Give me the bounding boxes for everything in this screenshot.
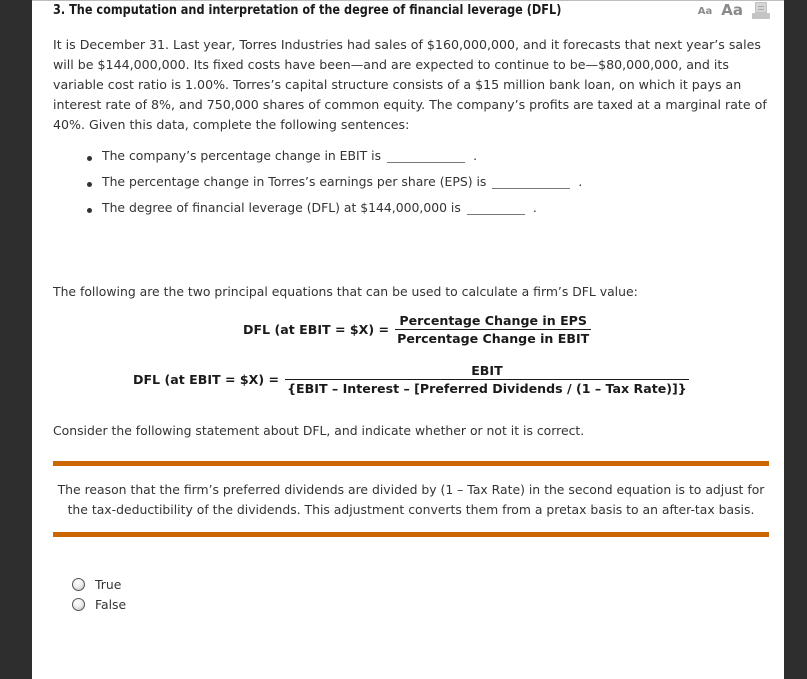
sentence-ebit-change: The company’s percentage change in EBIT … xyxy=(84,148,582,174)
print-icon[interactable] xyxy=(752,2,770,19)
sentence-end: . xyxy=(533,200,537,215)
question-prompt: Consider the following statement about D… xyxy=(53,423,584,438)
equation-fraction: EBIT {EBIT – Interest – [Preferred Divid… xyxy=(285,363,689,396)
increase-font-button[interactable]: Aa xyxy=(721,1,743,19)
top-divider xyxy=(32,0,784,1)
sentence-text: The degree of financial leverage (DFL) a… xyxy=(102,200,461,215)
equation-numerator: Percentage Change in EPS xyxy=(397,313,589,329)
option-label: True xyxy=(95,577,121,592)
option-true[interactable]: True xyxy=(72,574,126,594)
sentence-end: . xyxy=(473,148,477,163)
sentence-end: . xyxy=(578,174,582,189)
statement-bottom-rule xyxy=(53,532,769,537)
dfl-equation-1: DFL (at EBIT = $X) = Percentage Change i… xyxy=(243,313,591,346)
radio-false[interactable] xyxy=(72,598,85,611)
printer-base xyxy=(752,13,770,19)
equation-lhs: DFL (at EBIT = $X) = xyxy=(243,322,389,337)
problem-text: It is December 31. Last year, Torres Ind… xyxy=(53,35,773,135)
dfl-equation-2: DFL (at EBIT = $X) = EBIT {EBIT – Intere… xyxy=(133,363,689,396)
equation-numerator: EBIT xyxy=(469,363,504,379)
sentence-eps-change: The percentage change in Torres’s earnin… xyxy=(84,174,582,200)
toolbar: Aa Aa xyxy=(698,1,770,19)
equation-lhs: DFL (at EBIT = $X) = xyxy=(133,372,279,387)
dfl-statement: The reason that the firm’s preferred div… xyxy=(53,480,769,520)
question-title: 3. The computation and interpretation of… xyxy=(53,2,561,18)
sentence-list: The company’s percentage change in EBIT … xyxy=(84,148,582,226)
radio-true[interactable] xyxy=(72,578,85,591)
sentence-text: The percentage change in Torres’s earnin… xyxy=(102,174,486,189)
equations-intro: The following are the two principal equa… xyxy=(53,284,638,299)
answer-blank-eps-change[interactable] xyxy=(492,174,570,189)
option-false[interactable]: False xyxy=(72,594,126,614)
question-page: 3. The computation and interpretation of… xyxy=(32,0,784,679)
decrease-font-button[interactable]: Aa xyxy=(698,6,713,19)
sentence-text: The company’s percentage change in EBIT … xyxy=(102,148,381,163)
option-label: False xyxy=(95,597,126,612)
statement-top-rule xyxy=(53,461,769,466)
sentence-dfl: The degree of financial leverage (DFL) a… xyxy=(84,200,582,226)
equation-fraction: Percentage Change in EPS Percentage Chan… xyxy=(395,313,591,346)
equation-denominator: Percentage Change in EBIT xyxy=(395,329,591,346)
answer-blank-ebit-change[interactable] xyxy=(387,148,465,163)
print-paper xyxy=(755,2,767,13)
answer-options: True False xyxy=(72,574,126,614)
equation-denominator: {EBIT – Interest – [Preferred Dividends … xyxy=(285,379,689,396)
answer-blank-dfl[interactable] xyxy=(467,200,525,215)
